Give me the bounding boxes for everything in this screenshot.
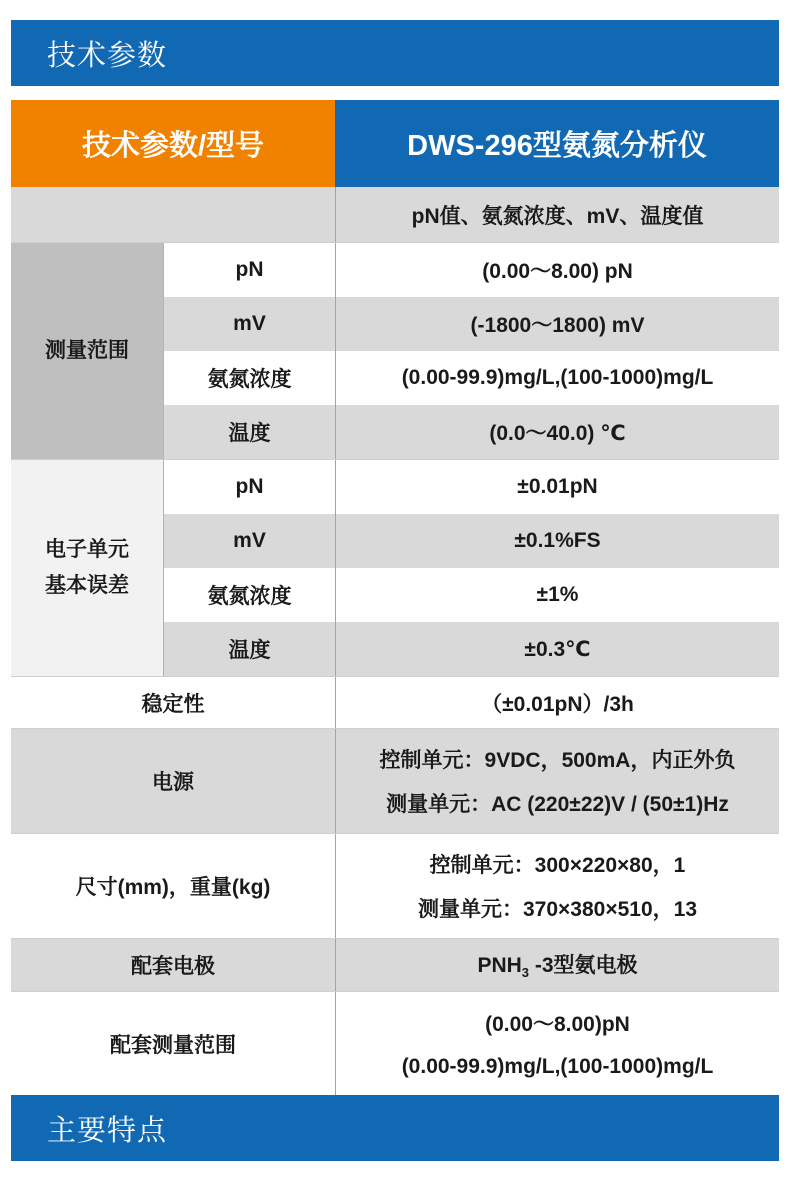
row-label-empty	[11, 187, 335, 242]
electrode-suffix: -3型氨电极	[529, 954, 638, 977]
table-row: 温度 (0.0～40.0) ℃	[163, 405, 779, 459]
table-row: 氨氮浓度 ±1%	[163, 568, 779, 622]
subrow-value-mv: ±0.1%FS	[335, 514, 779, 568]
table-header-row: 技术参数/型号 DWS-296型氨氮分析仪	[11, 100, 779, 187]
subrow-label-mv: mV	[163, 514, 335, 568]
row-value-power: 控制单元：9VDC，500mA，内正外负 测量单元：AC (220±22)V /…	[335, 729, 779, 833]
section-title-technical-params: 技术参数	[47, 33, 167, 74]
electrode-subscript: 3	[522, 966, 529, 981]
row-label-size-weight: 尺寸(mm)，重量(kg)	[11, 834, 335, 938]
subrow-label-pn: pN	[163, 460, 335, 514]
header-cell-param-model: 技术参数/型号	[11, 100, 335, 187]
table-row: pN ±0.01pN	[163, 460, 779, 514]
subrow-label-temperature: 温度	[163, 622, 335, 676]
row-value-measured-items: pN值、氨氮浓度、mV、温度值	[335, 187, 779, 242]
row-label-electrode-range: 配套测量范围	[11, 992, 335, 1095]
row-value-electrode-range: (0.00～8.00)pN (0.00-99.9)mg/L,(100-1000)…	[335, 992, 779, 1095]
table-row: 氨氮浓度 (0.00-99.9)mg/L,(100-1000)mg/L	[163, 351, 779, 405]
subrow-label-ammonia: 氨氮浓度	[163, 568, 335, 622]
subrow-value-ammonia: (0.00-99.9)mg/L,(100-1000)mg/L	[335, 351, 779, 405]
table-row-size-weight: 尺寸(mm)，重量(kg) 控制单元：300×220×80，1 测量单元：370…	[11, 833, 779, 938]
table-row-power: 电源 控制单元：9VDC，500mA，内正外负 测量单元：AC (220±22)…	[11, 728, 779, 833]
subrow-value-mv: (-1800～1800) mV	[335, 297, 779, 351]
table-row: pN (0.00～8.00) pN	[163, 243, 779, 297]
header-cell-product-model: DWS-296型氨氮分析仪	[335, 100, 779, 187]
row-value-stability: （±0.01pN）/3h	[335, 677, 779, 728]
section-title-main-features: 主要特点	[47, 1108, 167, 1149]
table-group-basic-error: 电子单元 基本误差 pN ±0.01pN mV ±0.1%FS 氨氮浓	[11, 459, 779, 676]
table-row: mV ±0.1%FS	[163, 514, 779, 568]
group-label-basic-error: 电子单元 基本误差	[11, 460, 163, 676]
table-group-measure-range: 测量范围 pN (0.00～8.00) pN mV (-1800～1800) m…	[11, 242, 779, 459]
spec-page: 技术参数 技术参数/型号 DWS-296型氨氮分析仪 pN值、氨氮浓度、mV、温…	[0, 0, 790, 1161]
row-label-stability: 稳定性	[11, 677, 335, 728]
subrow-value-pn: (0.00～8.00) pN	[335, 243, 779, 297]
subrow-label-mv: mV	[163, 297, 335, 351]
table-row: 温度 ±0.3℃	[163, 622, 779, 676]
row-label-power: 电源	[11, 729, 335, 833]
row-value-electrode: PNH3 -3型氨电极	[335, 939, 779, 991]
subrow-label-temperature: 温度	[163, 405, 335, 459]
row-value-size-weight: 控制单元：300×220×80，1 测量单元：370×380×510，13	[335, 834, 779, 938]
table-row: mV (-1800～1800) mV	[163, 297, 779, 351]
group-subrows-basic-error: pN ±0.01pN mV ±0.1%FS 氨氮浓度 ±1%	[163, 460, 779, 676]
table-row-electrode: 配套电极 PNH3 -3型氨电极	[11, 938, 779, 991]
electrode-prefix: PNH	[477, 954, 521, 977]
group-label-measure-range: 测量范围	[11, 243, 163, 459]
group-subrows-measure-range: pN (0.00～8.00) pN mV (-1800～1800) mV 氨氮浓…	[163, 243, 779, 459]
subrow-value-temperature: ±0.3℃	[335, 622, 779, 676]
table-row-overview: pN值、氨氮浓度、mV、温度值	[11, 187, 779, 242]
subrow-value-ammonia: ±1%	[335, 568, 779, 622]
table-row-electrode-range: 配套测量范围 (0.00～8.00)pN (0.00-99.9)mg/L,(10…	[11, 991, 779, 1095]
subrow-label-ammonia: 氨氮浓度	[163, 351, 335, 405]
subrow-label-pn: pN	[163, 243, 335, 297]
spec-table: 技术参数/型号 DWS-296型氨氮分析仪 pN值、氨氮浓度、mV、温度值 测量…	[11, 100, 779, 1095]
table-row-stability: 稳定性 （±0.01pN）/3h	[11, 676, 779, 728]
subrow-value-pn: ±0.01pN	[335, 460, 779, 514]
row-label-electrode: 配套电极	[11, 939, 335, 991]
subrow-value-temperature: (0.0～40.0) ℃	[335, 405, 779, 459]
section-banner-main-features: 主要特点	[11, 1095, 779, 1161]
section-banner-technical-params: 技术参数	[11, 20, 779, 86]
